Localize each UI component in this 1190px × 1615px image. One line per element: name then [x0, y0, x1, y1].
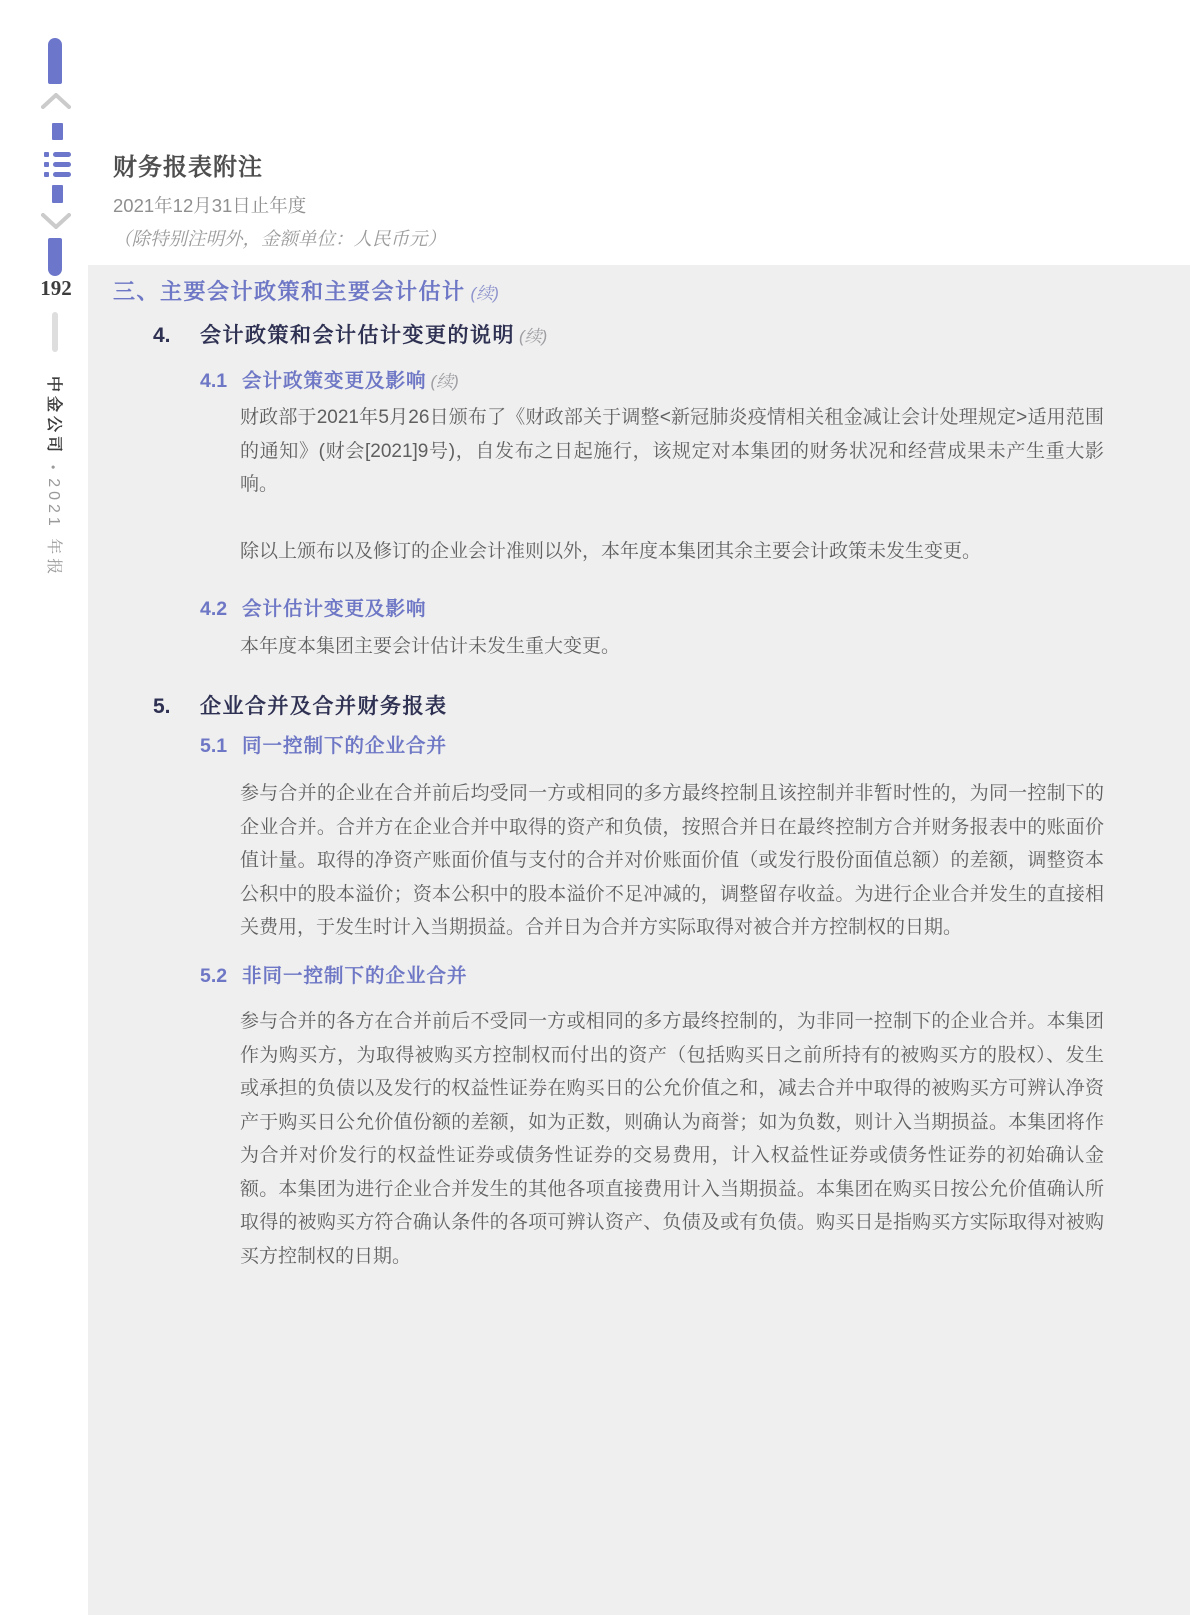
heading-4-2-title: 会计估计变更及影响 — [242, 596, 427, 622]
paragraph-estimate-no-changes: 本年度本集团主要会计估计未发生重大变更。 — [240, 630, 1104, 664]
chevron-up-icon — [41, 93, 71, 109]
list-icon — [44, 152, 72, 177]
paragraph-non-common-control-merger: 参与合并的各方在合并前后不受同一方或相同的多方最终控制的，为非同一控制下的企业合… — [240, 1005, 1104, 1273]
heading-4-1-continued: (续) — [431, 372, 459, 391]
brand-separator-dot: • — [46, 465, 60, 469]
heading-5-number: 5. — [153, 693, 200, 720]
heading-4-title-text: 会计政策和会计估计变更的说明 — [200, 324, 515, 347]
heading-4-title: 会计政策和会计估计变更的说明(续) — [200, 322, 547, 350]
paragraph-policy-no-other-changes: 除以上颁布以及修订的企业会计准则以外，本年度本集团其余主要会计政策未发生变更。 — [240, 535, 1104, 569]
brand-year: 2021 年报 — [45, 478, 62, 578]
section-heading-3-title: 主要会计政策和主要会计估计 — [160, 279, 466, 304]
heading-4-number: 4. — [153, 322, 200, 349]
heading-4-2: 4.2 会计估计变更及影响 — [200, 596, 427, 622]
brand-company: 中金公司 — [45, 376, 62, 456]
sidebar-decor-segment-2 — [52, 185, 63, 203]
page-number: 192 — [30, 276, 82, 301]
heading-4-1: 4.1 会计政策变更及影响(续) — [200, 368, 459, 395]
heading-4: 4. 会计政策和会计估计变更的说明(续) — [153, 322, 547, 350]
heading-5-2-number: 5.2 — [200, 963, 242, 989]
heading-4-1-title-text: 会计政策变更及影响 — [242, 370, 427, 392]
list-icon-row — [44, 162, 72, 167]
paragraph-policy-change-mof-notice: 财政部于2021年5月26日颁布了《财政部关于调整<新冠肺炎疫情相关租金减让会计… — [240, 401, 1104, 502]
heading-5-1-title: 同一控制下的企业合并 — [242, 733, 447, 759]
list-icon-line — [53, 162, 71, 167]
list-icon-line — [53, 152, 71, 157]
reporting-period: 2021年12月31日止年度 — [113, 192, 446, 218]
currency-unit-note: （除特别注明外，金额单位：人民币元） — [113, 225, 446, 251]
heading-4-1-number: 4.1 — [200, 368, 242, 394]
list-icon-row — [44, 152, 72, 157]
heading-5-2: 5.2 非同一控制下的企业合并 — [200, 963, 468, 989]
heading-4-continued: (续) — [519, 327, 547, 346]
heading-5-1: 5.1 同一控制下的企业合并 — [200, 733, 447, 759]
document-header: 财务报表附注 2021年12月31日止年度 （除特别注明外，金额单位：人民币元） — [113, 147, 446, 251]
section-heading-3: 三、主要会计政策和主要会计估计(续) — [113, 278, 499, 308]
list-icon-row — [44, 172, 72, 177]
list-icon-dot — [44, 152, 49, 157]
heading-5-title: 企业合并及合并财务报表 — [200, 693, 448, 720]
paragraph-common-control-merger: 参与合并的企业在合并前后均受同一方或相同的多方最终控制且该控制并非暂时性的，为同… — [240, 777, 1104, 945]
vertical-brand-text: 中金公司•2021 年报 — [43, 376, 63, 578]
list-icon-line — [53, 172, 71, 177]
heading-5-1-number: 5.1 — [200, 733, 242, 759]
chevron-down-icon — [41, 213, 71, 229]
page-number-divider — [52, 312, 58, 352]
sidebar-decor-bar-bottom — [48, 238, 62, 276]
sidebar-decor-segment-1 — [52, 123, 63, 140]
heading-5: 5. 企业合并及合并财务报表 — [153, 693, 448, 720]
sidebar-decor-bar-top — [48, 38, 62, 84]
notes-content-panel: 三、主要会计政策和主要会计估计(续) 4. 会计政策和会计估计变更的说明(续) … — [88, 265, 1190, 1615]
section-heading-3-number: 三、 — [113, 279, 160, 304]
heading-4-1-title: 会计政策变更及影响(续) — [242, 368, 459, 395]
heading-5-2-title: 非同一控制下的企业合并 — [242, 963, 468, 989]
heading-4-2-number: 4.2 — [200, 596, 242, 622]
section-heading-3-continued: (续) — [471, 284, 499, 303]
list-icon-dot — [44, 172, 49, 177]
document-title: 财务报表附注 — [113, 147, 446, 182]
list-icon-dot — [44, 162, 49, 167]
